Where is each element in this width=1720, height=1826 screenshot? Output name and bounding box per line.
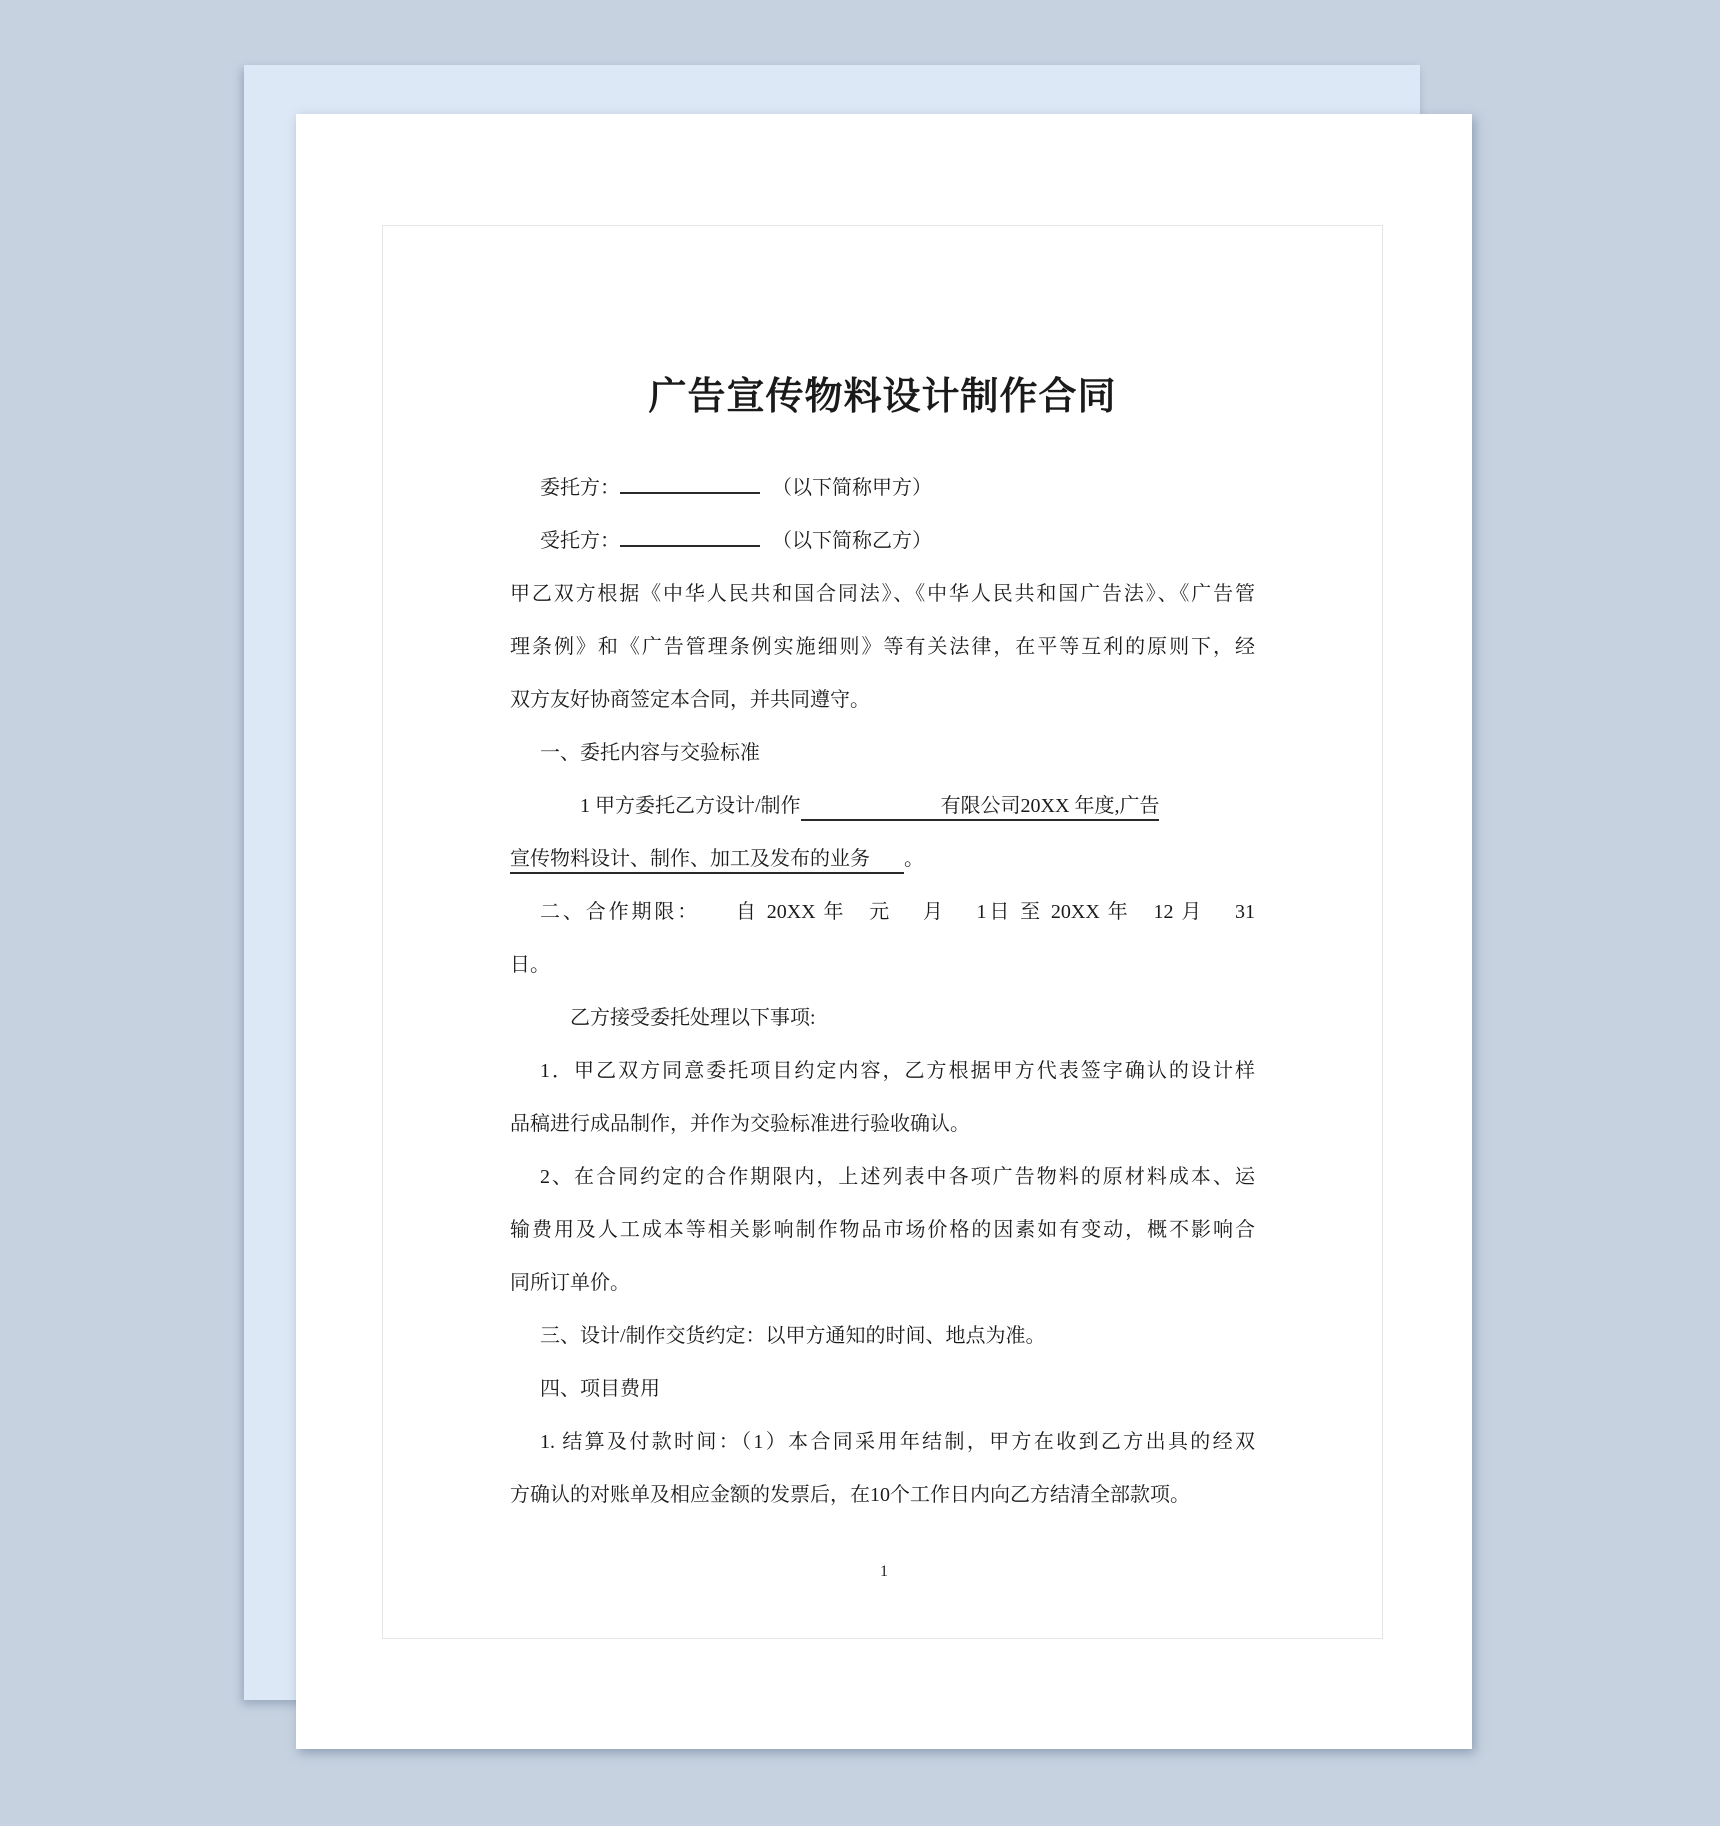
contract-line: 方确认的对账单及相应金额的发票后，在10个工作日内向乙方结清全部款项。 [510, 1469, 1255, 1522]
underlined-fill: 有限公司20XX 年度,广告 [801, 795, 1160, 821]
contract-line: 乙方接受委托处理以下事项: [510, 992, 1255, 1045]
contract-line-entrusting-party: 委托方：（以下简称甲方） [510, 462, 1255, 515]
field-note: （以下简称甲方） [772, 477, 932, 499]
contract-line: 1. 结算及付款时间：（1）本合同采用年结制，甲方在收到乙方出具的经双 [510, 1416, 1255, 1469]
line-tail: 。 [904, 848, 924, 870]
contract-line: 输费用及人工成本等相关影响制作物品市场价格的因素如有变动，概不影响合 [510, 1204, 1255, 1257]
fill-in-blank [620, 489, 760, 494]
contract-line-entrusted-party: 受托方：（以下简称乙方） [510, 515, 1255, 568]
document-page: 广告宣传物料设计制作合同 委托方：（以下简称甲方） 受托方：（以下简称乙方） 甲… [296, 114, 1472, 1749]
contract-line-fill: 1 甲方委托乙方设计/制作有限公司20XX 年度,广告 [510, 780, 1255, 833]
contract-line: 甲乙双方根据《中华人民共和国合同法》、《中华人民共和国广告法》、《广告管 [510, 568, 1255, 621]
fill-in-blank [801, 811, 941, 812]
contract-line: 2、在合同约定的合作期限内，上述列表中各项广告物料的原材料成本、运 [510, 1151, 1255, 1204]
contract-line: 品稿进行成品制作，并作为交验标准进行验收确认。 [510, 1098, 1255, 1151]
contract-section-heading: 三、设计/制作交货约定：以甲方通知的时间、地点为准。 [510, 1310, 1255, 1363]
contract-section-heading: 一、委托内容与交验标准 [510, 727, 1255, 780]
line-prefix: 1 甲方委托乙方设计/制作 [580, 795, 801, 817]
fill-text: 宣传物料设计、制作、加工及发布的业务 [510, 848, 870, 870]
underlined-fill: 宣传物料设计、制作、加工及发布的业务 [510, 848, 904, 874]
field-label: 受托方： [540, 530, 620, 552]
document-body: 委托方：（以下简称甲方） 受托方：（以下简称乙方） 甲乙双方根据《中华人民共和国… [510, 462, 1255, 1522]
fill-text: 有限公司20XX 年度,广告 [941, 795, 1160, 817]
page-number: 1 [296, 1563, 1472, 1581]
document-content: 广告宣传物料设计制作合同 委托方：（以下简称甲方） 受托方：（以下简称乙方） 甲… [510, 226, 1255, 1522]
app-background: { "canvas": { "background_color": "#c6d2… [0, 0, 1720, 1826]
content-frame: 广告宣传物料设计制作合同 委托方：（以下简称甲方） 受托方：（以下简称乙方） 甲… [382, 225, 1383, 1639]
contract-section-heading: 四、项目费用 [510, 1363, 1255, 1416]
fill-in-blank [870, 864, 904, 865]
contract-line-fill: 宣传物料设计、制作、加工及发布的业务。 [510, 833, 1255, 886]
contract-line: 双方友好协商签定本合同，并共同遵守。 [510, 674, 1255, 727]
contract-section-heading: 二、合作期限： 自 20XX 年 元 月 1日 至 20XX 年 12 月 31 [510, 886, 1255, 939]
field-label: 委托方： [540, 477, 620, 499]
contract-line: 理条例》和《广告管理条例实施细则》等有关法律，在平等互利的原则下，经 [510, 621, 1255, 674]
contract-line: 1．甲乙双方同意委托项目约定内容，乙方根据甲方代表签字确认的设计样 [510, 1045, 1255, 1098]
document-title: 广告宣传物料设计制作合同 [510, 372, 1255, 422]
field-note: （以下简称乙方） [772, 530, 932, 552]
contract-line: 同所订单价。 [510, 1257, 1255, 1310]
contract-line: 日。 [510, 939, 1255, 992]
fill-in-blank [620, 542, 760, 547]
